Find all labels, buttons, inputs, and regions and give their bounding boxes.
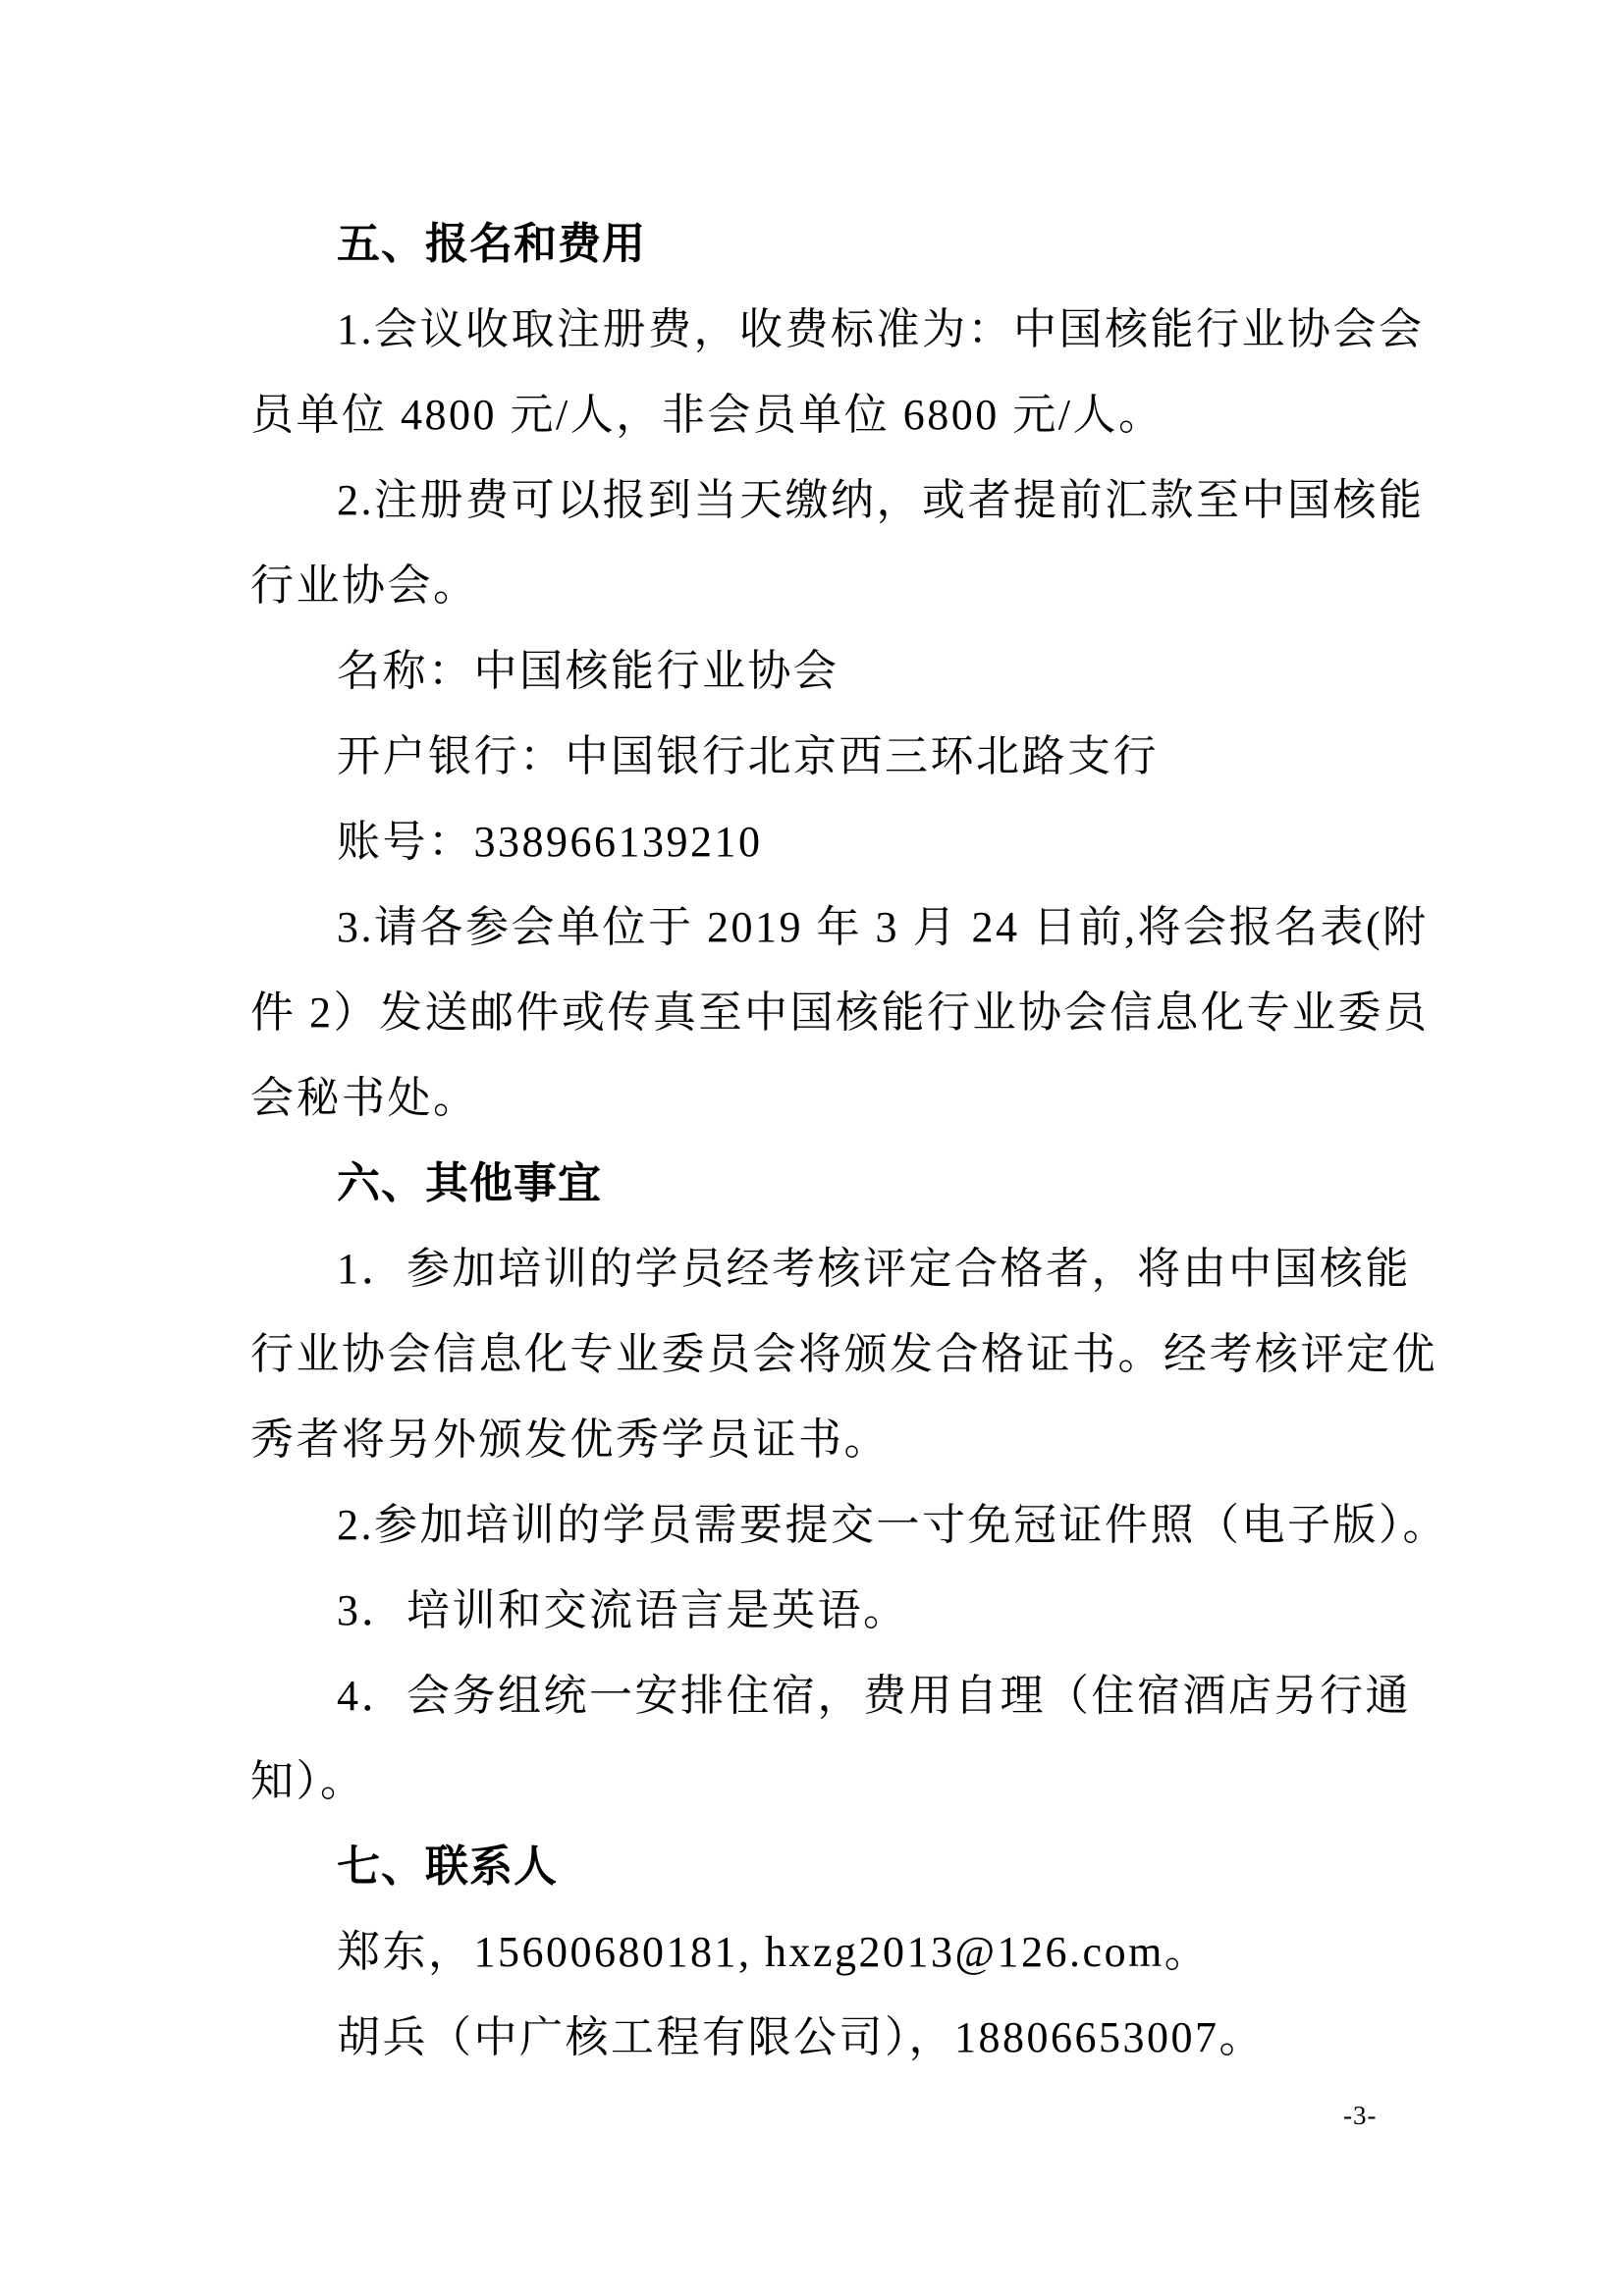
text-line: 3.请各参会单位于 2019 年 3 月 24 日前,将会报名表(附 <box>250 880 1413 965</box>
text-line: 知）。 <box>250 1734 1413 1819</box>
text-line: 秀者将另外颁发优秀学员证书。 <box>250 1392 1413 1477</box>
text-line: 开户银行：中国银行北京西三环北路支行 <box>250 709 1413 794</box>
text-line: 1.会议收取注册费，收费标准为：中国核能行业协会会 <box>250 282 1413 367</box>
text-line: 2.参加培训的学员需要提交一寸免冠证件照（电子版）。 <box>250 1477 1413 1563</box>
document-body: 五、报名和费用1.会议收取注册费，收费标准为：中国核能行业协会会员单位 4800… <box>250 196 1413 2075</box>
section-heading: 五、报名和费用 <box>250 196 1413 282</box>
page-number: -3- <box>1343 2101 1377 2131</box>
text-line: 会秘书处。 <box>250 1050 1413 1136</box>
text-line: 3．培训和交流语言是英语。 <box>250 1563 1413 1648</box>
section-heading: 六、其他事宜 <box>250 1136 1413 1221</box>
text-line: 行业协会信息化专业委员会将颁发合格证书。经考核评定优 <box>250 1307 1413 1392</box>
text-line: 胡兵（中广核工程有限公司），18806653007。 <box>250 1990 1413 2075</box>
text-line: 件 2）发送邮件或传真至中国核能行业协会信息化专业委员 <box>250 965 1413 1050</box>
text-line: 账号：338966139210 <box>250 794 1413 880</box>
text-line: 行业协会。 <box>250 538 1413 623</box>
text-line: 员单位 4800 元/人，非会员单位 6800 元/人。 <box>250 367 1413 453</box>
text-line: 名称：中国核能行业协会 <box>250 623 1413 709</box>
text-line: 1．参加培训的学员经考核评定合格者，将由中国核能 <box>250 1221 1413 1307</box>
text-line: 2.注册费可以报到当天缴纳，或者提前汇款至中国核能 <box>250 453 1413 538</box>
section-heading: 七、联系人 <box>250 1819 1413 1904</box>
text-line: 4．会务组统一安排住宿，费用自理（住宿酒店另行通 <box>250 1648 1413 1734</box>
document-page: 五、报名和费用1.会议收取注册费，收费标准为：中国核能行业协会会员单位 4800… <box>0 0 1624 2296</box>
text-line: 郑东，15600680181, hxzg2013@126.com。 <box>250 1904 1413 1990</box>
